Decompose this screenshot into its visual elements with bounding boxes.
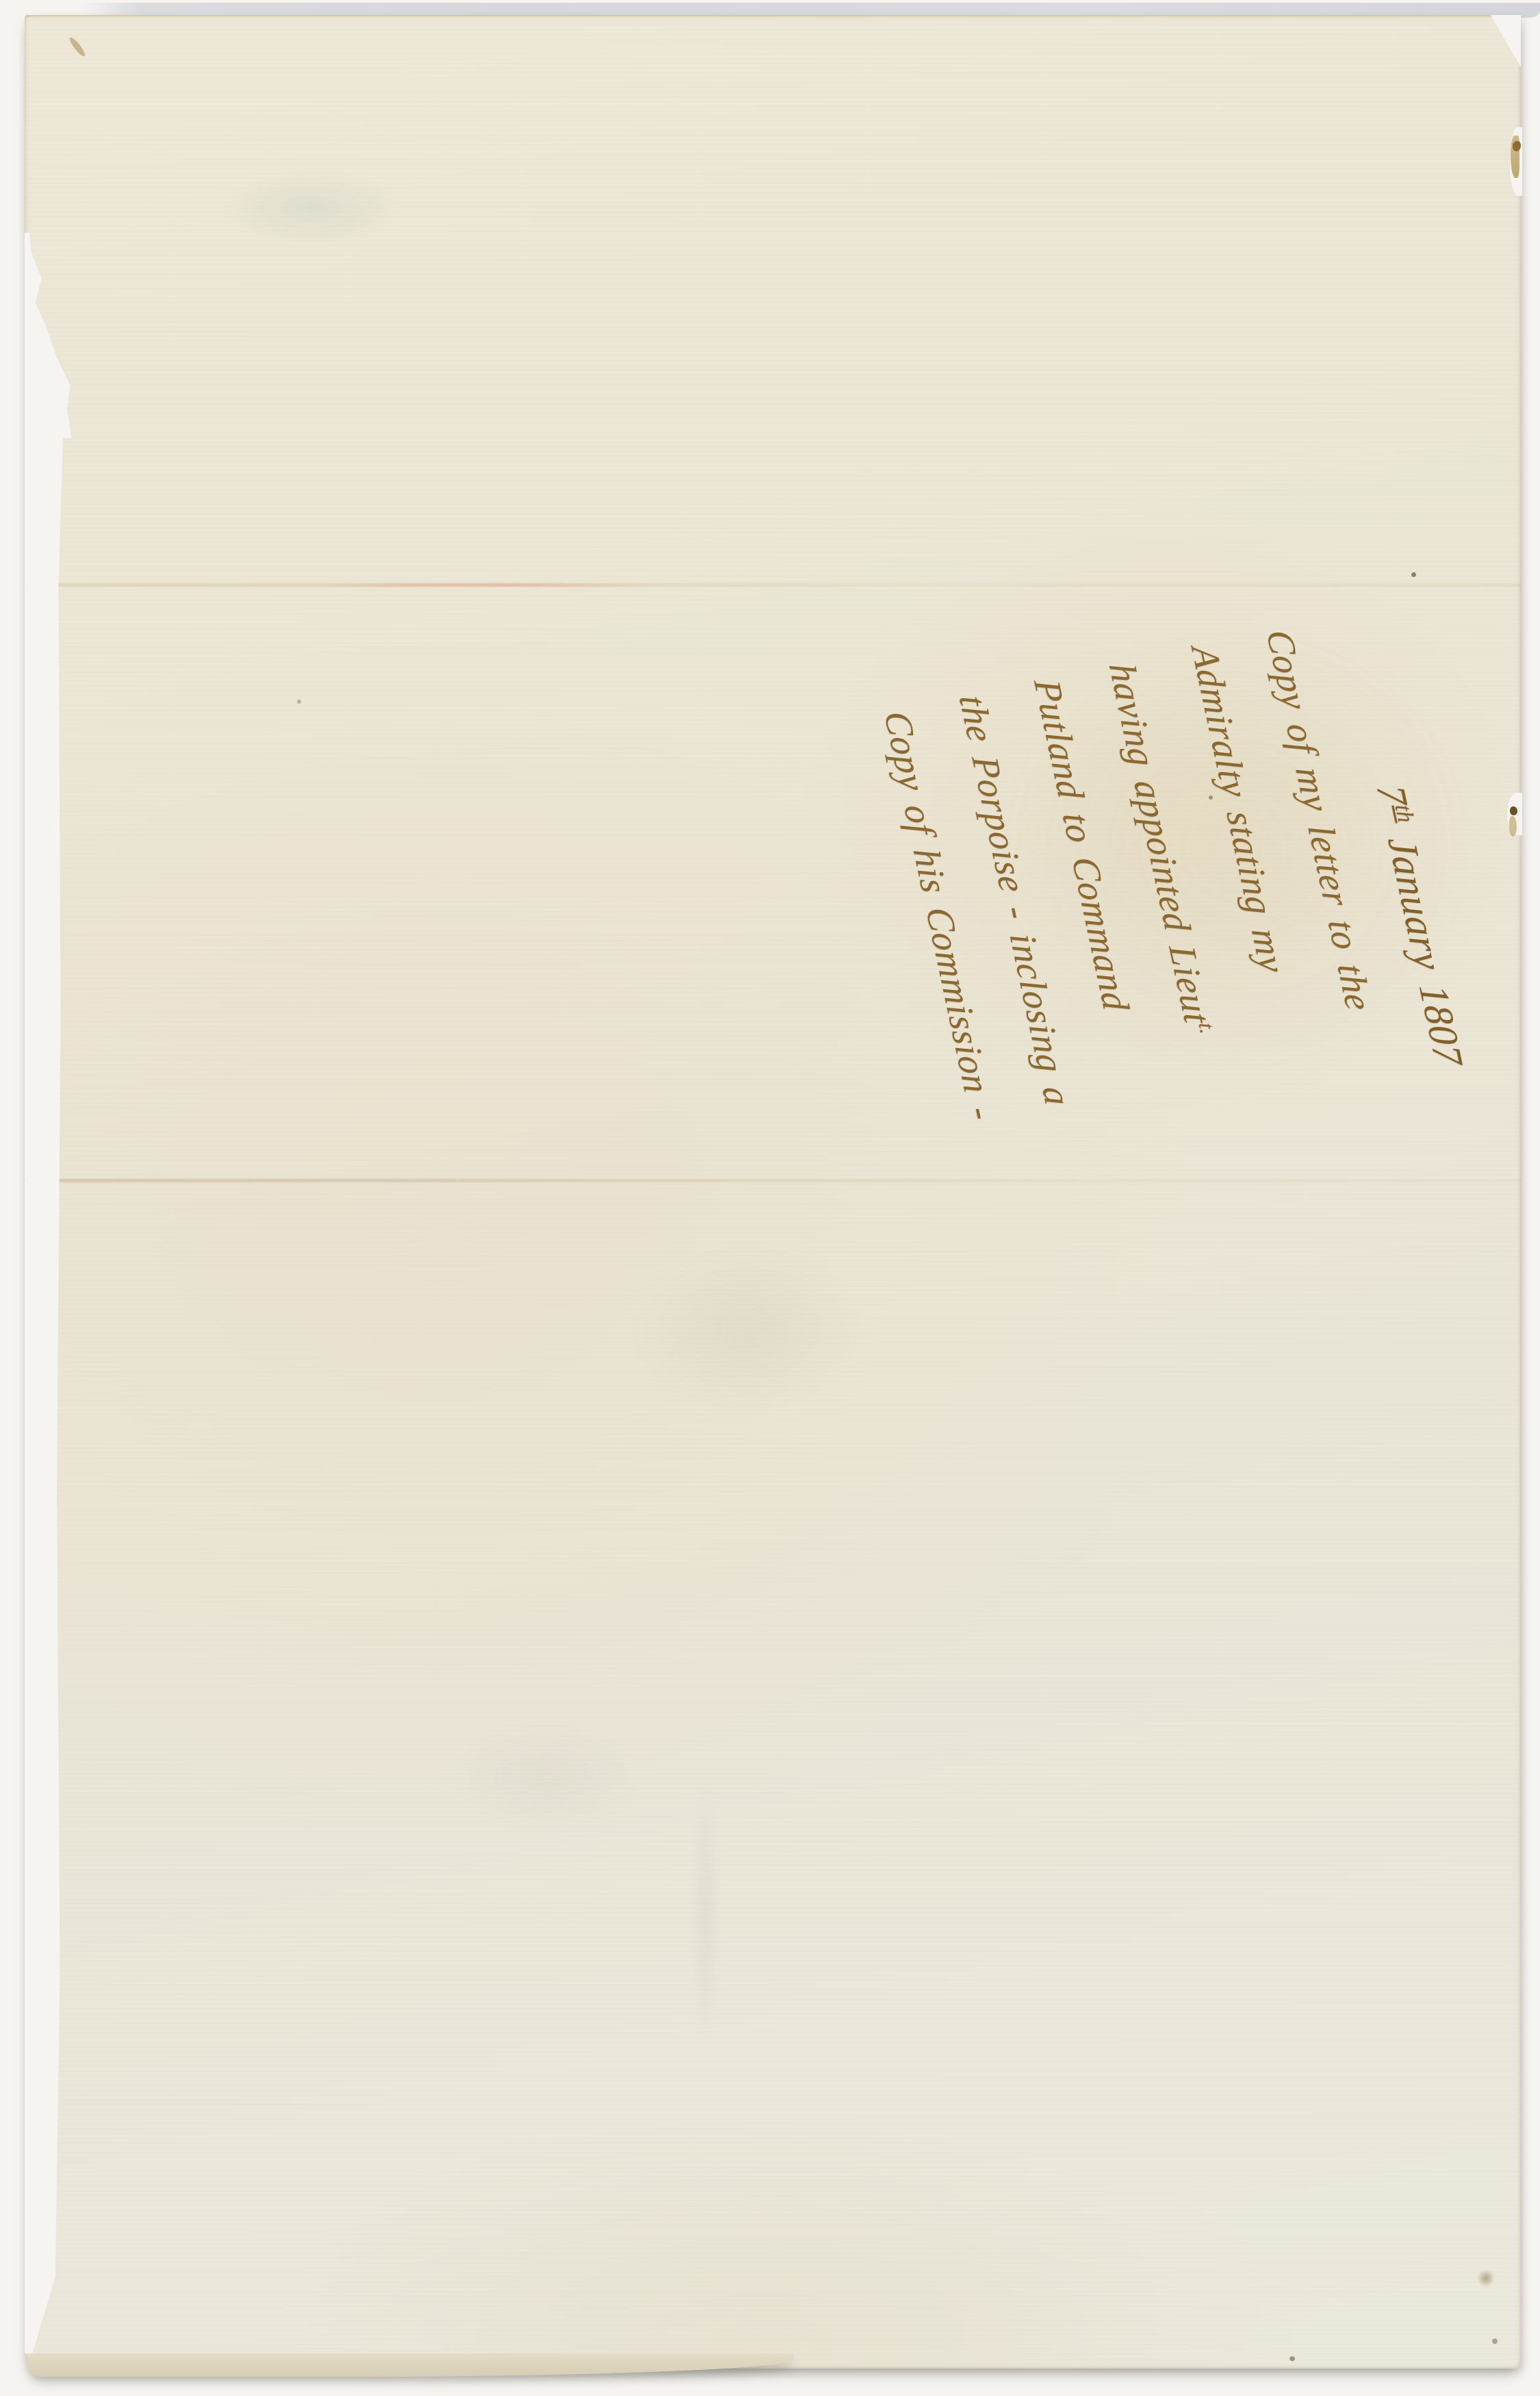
docket-line-superscript: t.: [1194, 1022, 1220, 1035]
show-through-smudge: [452, 1725, 643, 1828]
show-through-smudge: [630, 1246, 862, 1410]
ink-speck: [1411, 572, 1416, 577]
docket-inscription: 7th January 1807 Copy of my letter to th…: [858, 600, 1509, 1237]
scan-stage: 7th January 1807 Copy of my letter to th…: [0, 0, 1540, 2396]
foxing-speck: [1289, 2356, 1295, 2361]
docket-date-ordinal: th: [1389, 804, 1419, 823]
left-edge-deckle: [25, 435, 63, 2354]
faint-blue-stain: [226, 173, 397, 244]
fold-crease-upper: [25, 583, 1521, 587]
lifted-bottom-edge: [27, 2354, 794, 2377]
faint-streak: [694, 1780, 717, 2047]
foxing-speck: [297, 700, 301, 704]
edge-chip-residue: [1509, 816, 1517, 837]
foxing-speck: [1492, 2338, 1498, 2344]
fold-crease-lower: [25, 1179, 1521, 1182]
docket-date-day: 7: [1368, 784, 1417, 807]
edge-chip-spot: [1510, 806, 1517, 815]
document-page: [25, 15, 1521, 2369]
foxing-spot: [1477, 2270, 1495, 2286]
